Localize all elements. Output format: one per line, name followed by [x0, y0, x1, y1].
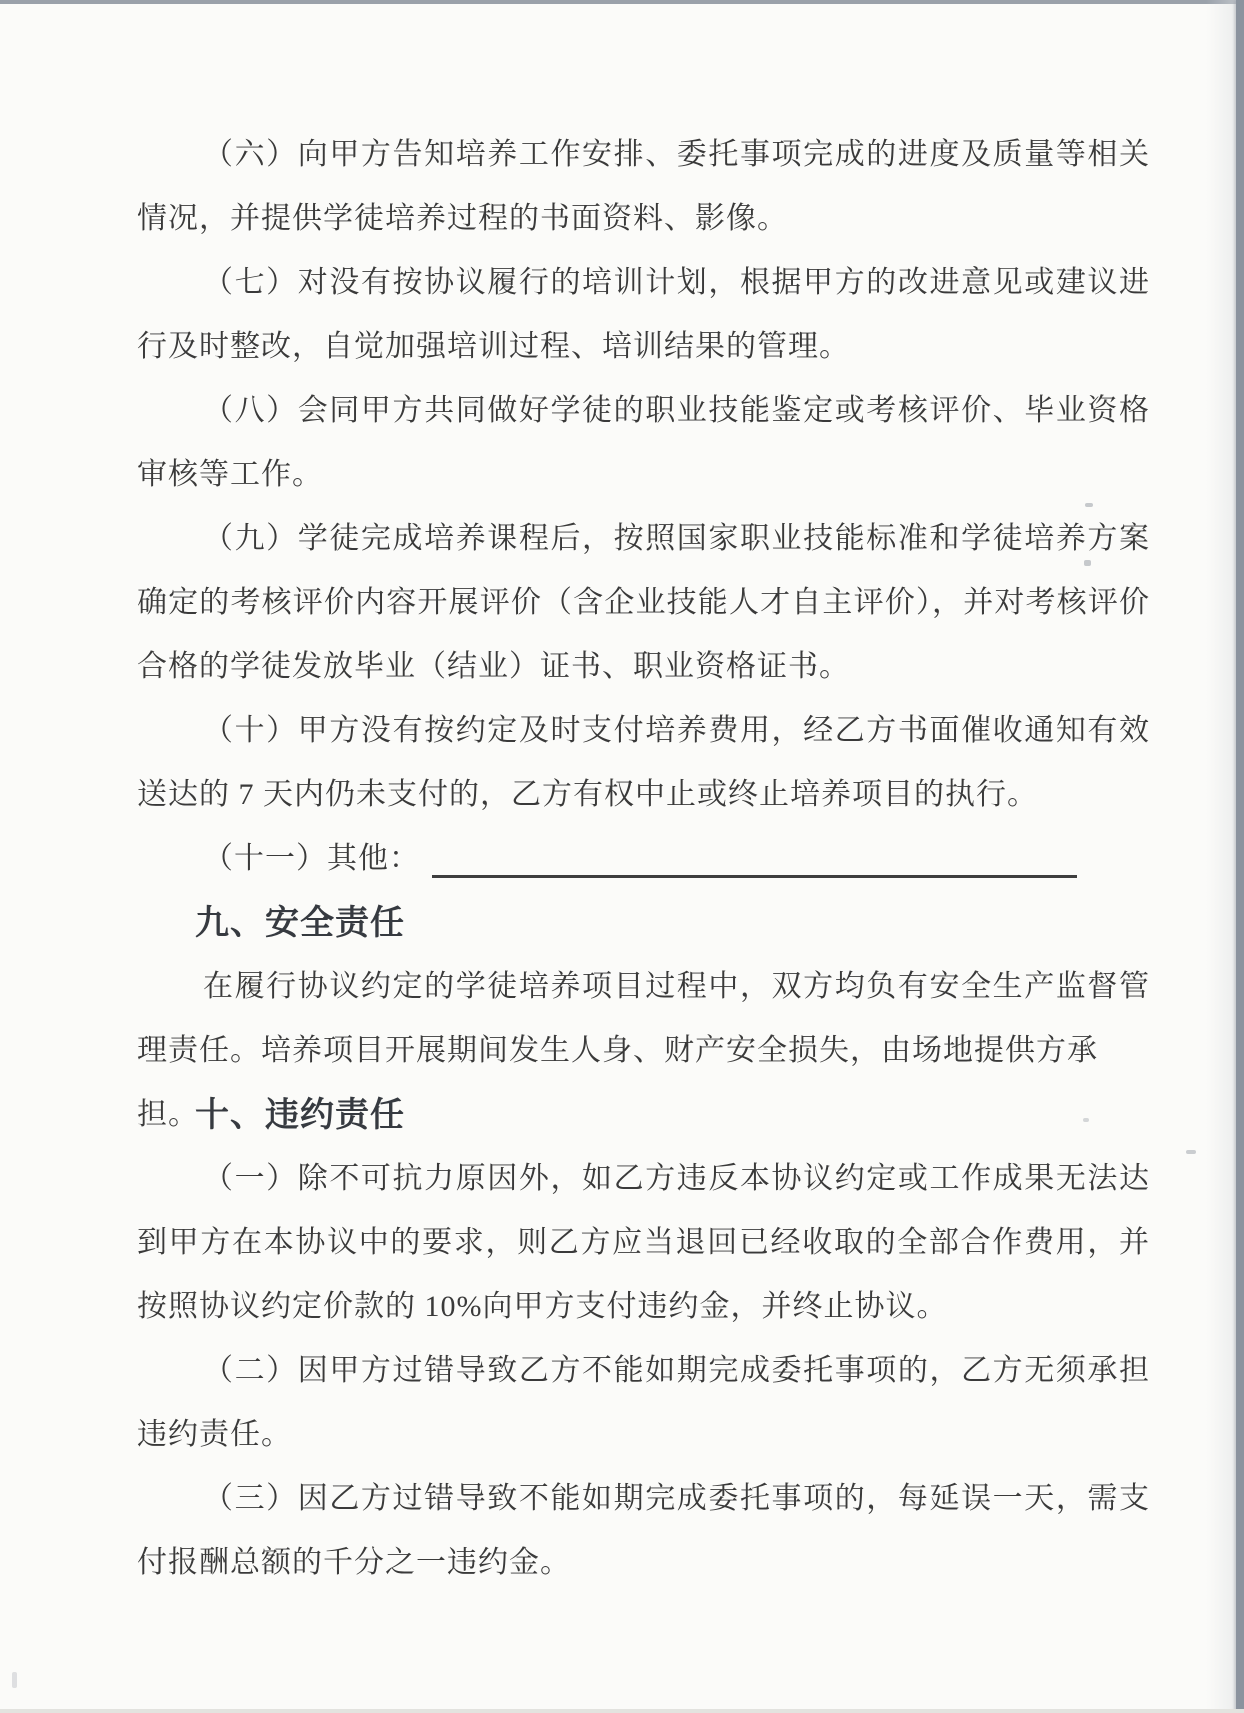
document-body: （六）向甲方告知培养工作安排、委托事项完成的进度及质量等相关情况，并提供学徒培养…	[137, 123, 1150, 1595]
blank-underline	[432, 875, 1077, 878]
scan-shadow-right	[1206, 0, 1236, 1713]
document-line: 合格的学徒发放毕业（结业）证书、职业资格证书。	[137, 635, 1150, 699]
scanned-contract-page: （六）向甲方告知培养工作安排、委托事项完成的进度及质量等相关情况，并提供学徒培养…	[0, 0, 1244, 1713]
section-heading: 十、违约责任	[137, 1083, 1150, 1147]
document-line: 行及时整改，自觉加强培训过程、培训结果的管理。	[137, 315, 1150, 379]
document-line: 理责任。培养项目开展期间发生人身、财产安全损失，由场地提供方承担。	[137, 1019, 1150, 1083]
document-line: （六）向甲方告知培养工作安排、委托事项完成的进度及质量等相关	[137, 123, 1150, 187]
document-line: 违约责任。	[137, 1403, 1150, 1467]
scan-edge-bottom	[0, 1709, 1244, 1713]
document-line: （二）因甲方过错导致乙方不能如期完成委托事项的，乙方无须承担	[137, 1339, 1150, 1403]
blank-label: （十一）其他：	[203, 827, 420, 891]
document-line: 在履行协议约定的学徒培养项目过程中，双方均负有安全生产监督管	[137, 955, 1150, 1019]
scan-edge-top	[0, 0, 1244, 4]
document-line: （一）除不可抗力原因外，如乙方违反本协议约定或工作成果无法达	[137, 1147, 1150, 1211]
document-line: （十）甲方没有按约定及时支付培养费用，经乙方书面催收通知有效	[137, 699, 1150, 763]
document-line: 确定的考核评价内容开展评价（含企业技能人才自主评价），并对考核评价	[137, 571, 1150, 635]
scan-edge-right	[1236, 0, 1244, 1713]
section-heading: 九、安全责任	[137, 891, 1150, 955]
document-line: （七）对没有按协议履行的培训计划，根据甲方的改进意见或建议进	[137, 251, 1150, 315]
document-line: 付报酬总额的千分之一违约金。	[137, 1531, 1150, 1595]
scan-speck	[1186, 1150, 1196, 1154]
document-line: 审核等工作。	[137, 443, 1150, 507]
document-line: 情况，并提供学徒培养过程的书面资料、影像。	[137, 187, 1150, 251]
document-line: 送达的 7 天内仍未支付的，乙方有权中止或终止培养项目的执行。	[137, 763, 1150, 827]
fill-in-blank-line: （十一）其他：	[137, 827, 1150, 891]
document-line: （九）学徒完成培养课程后，按照国家职业技能标准和学徒培养方案	[137, 507, 1150, 571]
document-line: （八）会同甲方共同做好学徒的职业技能鉴定或考核评价、毕业资格	[137, 379, 1150, 443]
document-line: （三）因乙方过错导致不能如期完成委托事项的，每延误一天，需支	[137, 1467, 1150, 1531]
document-line: 到甲方在本协议中的要求，则乙方应当退回已经收取的全部合作费用，并	[137, 1211, 1150, 1275]
scan-speck	[12, 1672, 17, 1688]
document-line: 按照协议约定价款的 10%向甲方支付违约金，并终止协议。	[137, 1275, 1150, 1339]
